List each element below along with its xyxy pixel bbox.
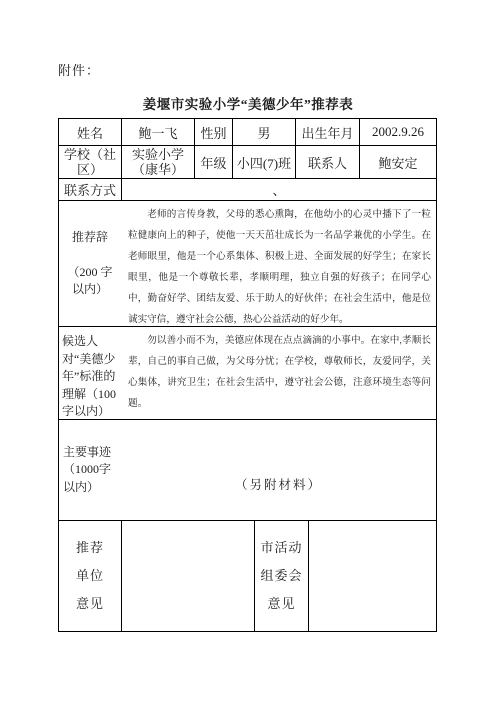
table-row-basic-info-2: 学校（社区） 实验小学（康华） 年级 小四(7)班 联系人 鲍安定 <box>59 145 436 178</box>
name-value-cell: 鲍一飞 <box>121 119 194 145</box>
contact-person-label-cell: 联系人 <box>295 146 359 178</box>
recommendation-form-table: 姓名 鲍一飞 性别 男 出生年月 2002.9.26 学校（社区） 实验小学（康… <box>58 118 437 632</box>
understanding-text-cell: 勿以善小而不为，美德应体现在点点滴滴的小事中。在家中,孝顺长辈，自己的事自己做，… <box>121 327 436 419</box>
gender-label-cell: 性别 <box>194 119 232 145</box>
birth-value-cell: 2002.9.26 <box>359 119 436 145</box>
birth-label-cell: 出生年月 <box>295 119 359 145</box>
table-row-understanding: 候选人对“美德少年”标准的理解（100字以内） 勿以善小而不为，美德应体现在点点… <box>59 326 436 419</box>
understanding-label-cell: 候选人对“美德少年”标准的理解（100字以内） <box>59 327 121 419</box>
contact-value-cell: 、 <box>121 179 436 200</box>
recommendation-text-cell: 老师的言传身教，父母的悉心熏陶，在他幼小的心灵中播下了一粒粒健康向上的种子，使他… <box>121 201 436 326</box>
understanding-paragraph: 勿以善小而不为，美德应体现在点点滴滴的小事中。在家中,孝顺长辈，自己的事自己做，… <box>128 330 431 414</box>
unit-opinion-label-cell: 推荐 单位 意见 <box>59 521 121 631</box>
recommendation-paragraph: 老师的言传身教，父母的悉心熏陶，在他幼小的心灵中播下了一粒粒健康向上的种子，使他… <box>128 204 431 330</box>
deeds-note-cell: （另附材料） <box>121 420 436 520</box>
school-label-cell: 学校（社区） <box>59 146 121 178</box>
grade-label-cell: 年级 <box>194 146 232 178</box>
recommendation-label-cell: 推荐辞 （200 字以内） <box>59 201 121 326</box>
table-row-opinions: 推荐 单位 意见 市活动 组委会 意见 <box>59 520 436 631</box>
unit-opinion-blank-cell <box>121 521 254 631</box>
school-value-cell: 实验小学（康华） <box>121 146 194 178</box>
table-row-basic-info-1: 姓名 鲍一飞 性别 男 出生年月 2002.9.26 <box>59 119 436 145</box>
page-title: 姜堰市实验小学“美德少年”推荐表 <box>0 93 496 113</box>
contact-person-value-cell: 鲍安定 <box>359 146 436 178</box>
table-row-contact: 联系方式 、 <box>59 178 436 200</box>
committee-opinion-label-cell: 市活动 组委会 意见 <box>254 521 308 631</box>
gender-value-cell: 男 <box>232 119 295 145</box>
contact-label-cell: 联系方式 <box>59 179 121 200</box>
grade-value-cell: 小四(7)班 <box>232 146 295 178</box>
table-row-deeds: 主要事迹 （1000字以内） （另附材料） <box>59 419 436 520</box>
name-label-cell: 姓名 <box>59 119 121 145</box>
table-row-recommendation: 推荐辞 （200 字以内） 老师的言传身教，父母的悉心熏陶，在他幼小的心灵中播下… <box>59 200 436 326</box>
deeds-label-cell: 主要事迹 （1000字以内） <box>59 420 121 520</box>
committee-opinion-blank-cell <box>308 521 436 631</box>
attachment-label: 附件： <box>58 60 100 79</box>
